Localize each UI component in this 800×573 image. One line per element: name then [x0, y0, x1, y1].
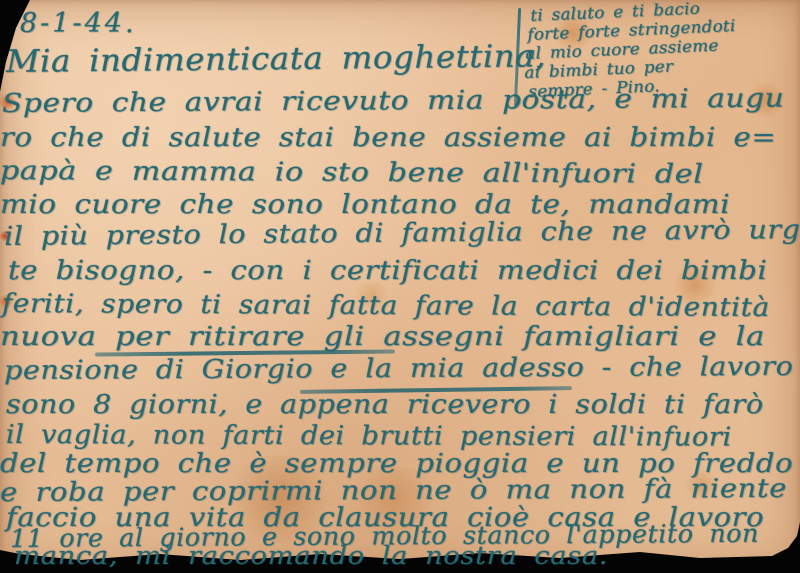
body-line: feriti, spero ti sarai fatta fare la car…: [2, 289, 770, 323]
letter-date: 8-1-44.: [20, 8, 137, 39]
postcard-photo: 8-1-44. ti saluto e ti bacio forte forte…: [0, 0, 800, 573]
body-line: manca, mi raccomando la nostra casa.: [14, 541, 608, 570]
body-line: sono 8 giorni, e appena ricevero i soldi…: [6, 390, 764, 420]
body-line: Spero che avrai ricevuto mia posta, e mi…: [2, 84, 784, 119]
body-line: il vaglia, non farti dei brutti pensieri…: [6, 420, 732, 453]
body-line: papà e mamma io sto bene all'infuori del: [0, 156, 704, 190]
body-line: nuova per ritirare gli assegni famigliar…: [0, 322, 765, 352]
body-line: mio cuore che sono lontano da te, mandam…: [0, 190, 730, 220]
body-line: te bisogno, - con i certificati medici d…: [8, 256, 767, 286]
body-line: ro che di salute stai bene assieme ai bi…: [0, 123, 776, 153]
body-line: pensione di Giorgio e la mia adesso - ch…: [4, 352, 794, 386]
letter-salutation: Mia indimenticata moghettina,: [6, 38, 546, 80]
